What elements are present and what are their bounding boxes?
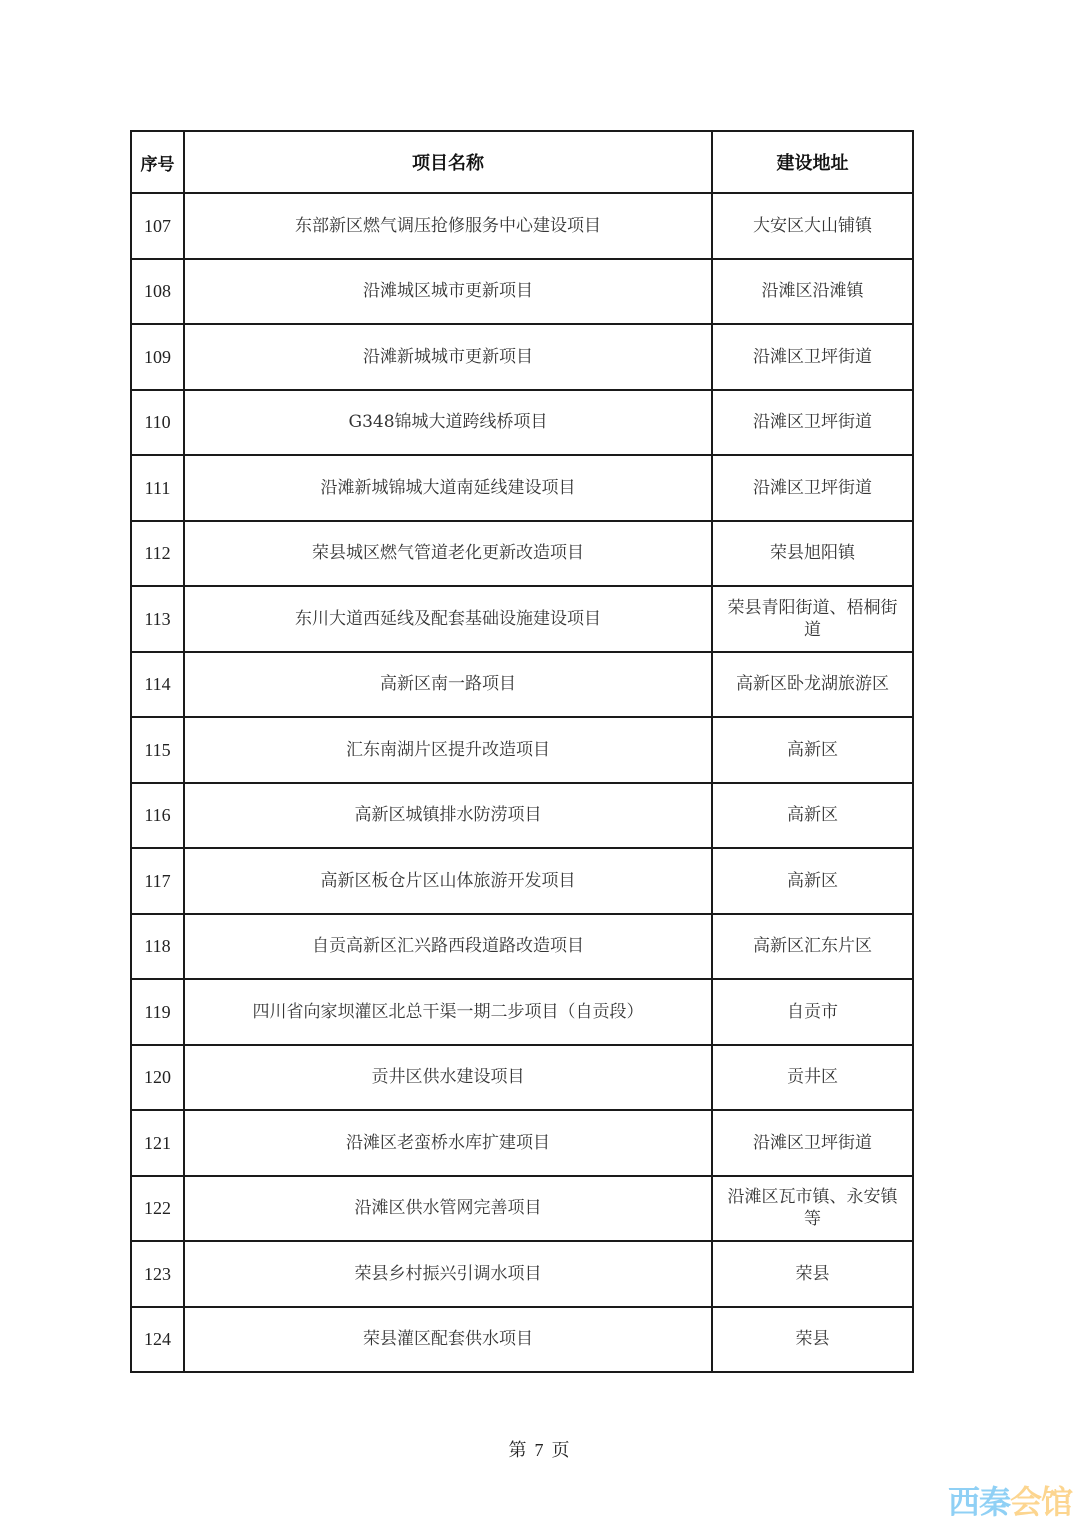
table-row: 110G348锦城大道跨线桥项目沿滩区卫坪街道 (131, 390, 913, 456)
table-header-row: 序号 项目名称 建设地址 (131, 131, 913, 193)
cell-address: 沿滩区卫坪街道 (712, 324, 913, 390)
cell-address: 荣县 (712, 1307, 913, 1373)
page-number: 7 (535, 1440, 546, 1460)
document-page: 序号 项目名称 建设地址 107东部新区燃气调压抢修服务中心建设项目大安区大山铺… (0, 0, 1080, 1527)
cell-address: 高新区汇东片区 (712, 914, 913, 980)
cell-address: 大安区大山铺镇 (712, 193, 913, 259)
table-row: 123荣县乡村振兴引调水项目荣县 (131, 1241, 913, 1307)
cell-project-name: 东部新区燃气调压抢修服务中心建设项目 (184, 193, 712, 259)
cell-project-name: 荣县乡村振兴引调水项目 (184, 1241, 712, 1307)
cell-project-name: 荣县灌区配套供水项目 (184, 1307, 712, 1373)
cell-serial-number: 118 (131, 914, 184, 980)
cell-serial-number: 119 (131, 979, 184, 1045)
table-row: 108沿滩城区城市更新项目沿滩区沿滩镇 (131, 259, 913, 325)
cell-serial-number: 117 (131, 848, 184, 914)
watermark-part-2: 会馆 (1010, 1483, 1072, 1521)
cell-address: 高新区卧龙湖旅游区 (712, 652, 913, 718)
page-suffix: 页 (552, 1440, 572, 1461)
cell-project-name: 沿滩新城城市更新项目 (184, 324, 712, 390)
cell-project-name: 贡井区供水建设项目 (184, 1045, 712, 1111)
cell-serial-number: 112 (131, 521, 184, 587)
cell-serial-number: 111 (131, 455, 184, 521)
cell-project-name: 东川大道西延线及配套基础设施建设项目 (184, 586, 712, 652)
page-prefix: 第 (509, 1440, 529, 1461)
cell-serial-number: 122 (131, 1176, 184, 1242)
cell-address: 高新区 (712, 848, 913, 914)
cell-project-name: 沿滩区供水管网完善项目 (184, 1176, 712, 1242)
cell-project-name: 高新区南一路项目 (184, 652, 712, 718)
cell-project-name: G348锦城大道跨线桥项目 (184, 390, 712, 456)
cell-project-name: 沿滩新城锦城大道南延线建设项目 (184, 455, 712, 521)
cell-project-name: 四川省向家坝灌区北总干渠一期二步项目（自贡段） (184, 979, 712, 1045)
cell-project-name: 高新区城镇排水防涝项目 (184, 783, 712, 849)
cell-serial-number: 120 (131, 1045, 184, 1111)
cell-address: 高新区 (712, 717, 913, 783)
cell-project-name: 沿滩区老蛮桥水库扩建项目 (184, 1110, 712, 1176)
cell-serial-number: 116 (131, 783, 184, 849)
cell-address: 沿滩区卫坪街道 (712, 390, 913, 456)
watermark-part-1: 西秦 (948, 1483, 1010, 1521)
table-row: 120贡井区供水建设项目贡井区 (131, 1045, 913, 1111)
cell-serial-number: 123 (131, 1241, 184, 1307)
cell-project-name: 沿滩城区城市更新项目 (184, 259, 712, 325)
page-number-footer: 第7页 (0, 1436, 1080, 1462)
table-row: 107东部新区燃气调压抢修服务中心建设项目大安区大山铺镇 (131, 193, 913, 259)
table-row: 111沿滩新城锦城大道南延线建设项目沿滩区卫坪街道 (131, 455, 913, 521)
cell-serial-number: 113 (131, 586, 184, 652)
table-row: 116高新区城镇排水防涝项目高新区 (131, 783, 913, 849)
cell-serial-number: 107 (131, 193, 184, 259)
cell-project-name: 自贡高新区汇兴路西段道路改造项目 (184, 914, 712, 980)
table-row: 122沿滩区供水管网完善项目沿滩区瓦市镇、永安镇等 (131, 1176, 913, 1242)
cell-address: 沿滩区卫坪街道 (712, 455, 913, 521)
table-row: 114高新区南一路项目高新区卧龙湖旅游区 (131, 652, 913, 718)
cell-serial-number: 114 (131, 652, 184, 718)
cell-serial-number: 109 (131, 324, 184, 390)
table-row: 115汇东南湖片区提升改造项目高新区 (131, 717, 913, 783)
cell-serial-number: 115 (131, 717, 184, 783)
cell-project-name: 高新区板仓片区山体旅游开发项目 (184, 848, 712, 914)
table-row: 109沿滩新城城市更新项目沿滩区卫坪街道 (131, 324, 913, 390)
cell-address: 沿滩区瓦市镇、永安镇等 (712, 1176, 913, 1242)
cell-address: 贡井区 (712, 1045, 913, 1111)
table-row: 124荣县灌区配套供水项目荣县 (131, 1307, 913, 1373)
cell-address: 荣县 (712, 1241, 913, 1307)
cell-address: 自贡市 (712, 979, 913, 1045)
cell-address: 沿滩区沿滩镇 (712, 259, 913, 325)
cell-address: 荣县青阳街道、梧桐街道 (712, 586, 913, 652)
project-table: 序号 项目名称 建设地址 107东部新区燃气调压抢修服务中心建设项目大安区大山铺… (130, 130, 914, 1373)
watermark-logo: 西秦会馆 (948, 1483, 1072, 1521)
header-address: 建设地址 (712, 131, 913, 193)
cell-serial-number: 121 (131, 1110, 184, 1176)
header-serial-number: 序号 (131, 131, 184, 193)
cell-address: 高新区 (712, 783, 913, 849)
table-row: 112荣县城区燃气管道老化更新改造项目荣县旭阳镇 (131, 521, 913, 587)
table-row: 121沿滩区老蛮桥水库扩建项目沿滩区卫坪街道 (131, 1110, 913, 1176)
cell-address: 荣县旭阳镇 (712, 521, 913, 587)
table-row: 113东川大道西延线及配套基础设施建设项目荣县青阳街道、梧桐街道 (131, 586, 913, 652)
cell-serial-number: 108 (131, 259, 184, 325)
cell-serial-number: 124 (131, 1307, 184, 1373)
table-row: 118自贡高新区汇兴路西段道路改造项目高新区汇东片区 (131, 914, 913, 980)
table-body: 107东部新区燃气调压抢修服务中心建设项目大安区大山铺镇 108沿滩城区城市更新… (131, 193, 913, 1372)
header-project-name: 项目名称 (184, 131, 712, 193)
cell-serial-number: 110 (131, 390, 184, 456)
table-row: 117高新区板仓片区山体旅游开发项目高新区 (131, 848, 913, 914)
cell-project-name: 荣县城区燃气管道老化更新改造项目 (184, 521, 712, 587)
cell-project-name: 汇东南湖片区提升改造项目 (184, 717, 712, 783)
cell-address: 沿滩区卫坪街道 (712, 1110, 913, 1176)
table-row: 119四川省向家坝灌区北总干渠一期二步项目（自贡段）自贡市 (131, 979, 913, 1045)
